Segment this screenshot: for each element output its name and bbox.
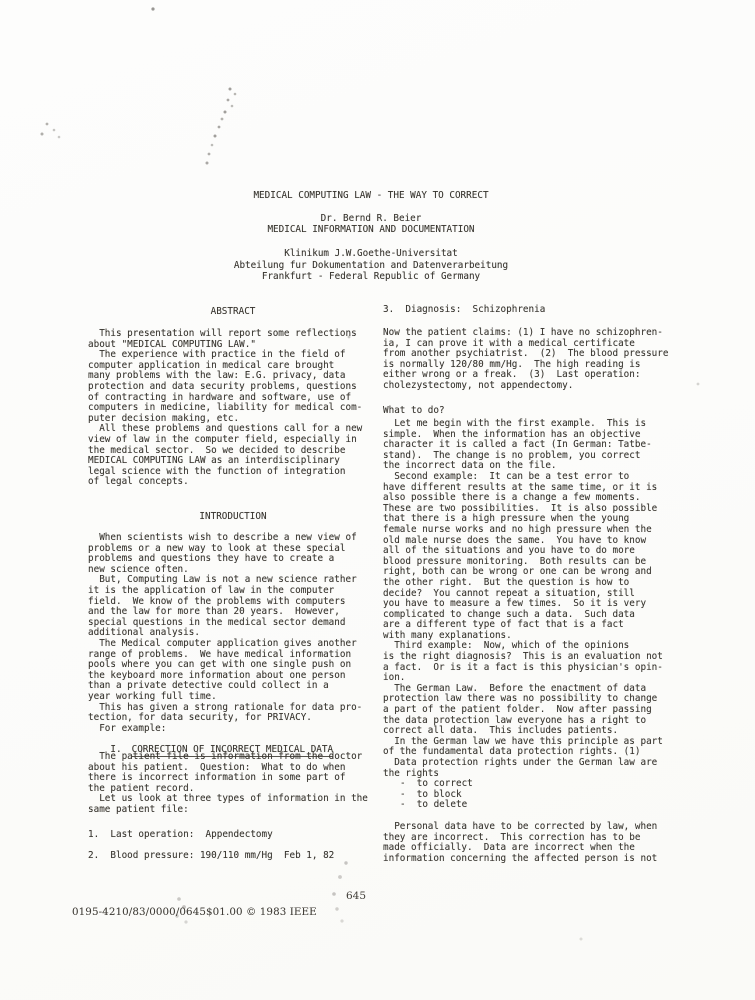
personal-data-text: Personal data have to be corrected by la… [383,822,657,864]
abstract-text: This presentation will report some refle… [88,329,362,488]
examples-text: Let me begin with the first example. Thi… [383,419,663,779]
numbered-item-2: 2. Blood pressure: 190/110 mm/Hg Feb 1, … [88,851,334,862]
data-protection-rights-list: - to correct - to block - to delete [400,779,473,811]
paper-title-line1: MEDICAL COMPUTING LAW - THE WAY TO CORRE… [0,190,742,201]
numbered-item-3: 3. Diagnosis: Schizophrenia [383,305,545,316]
author-name: Dr. Bernd R. Beier [0,214,742,225]
scan-artifacts [0,0,2,2]
abstract-heading: ABSTRACT [88,307,378,318]
numbered-item-1: 1. Last operation: Appendectomy [88,830,273,841]
copyright-notice: 0195-4210/83/0000/0645$01.00 © 1983 IEEE [72,906,317,918]
section-1-text: The patient file is information from the… [88,752,368,816]
paper-title-line2: MEDICAL INFORMATION AND DOCUMENTATION [0,224,742,235]
what-to-do-heading: What to do? [383,406,445,417]
introduction-heading: INTRODUCTION [88,512,378,523]
introduction-text: When scientists wish to describe a new v… [88,533,362,734]
page-number: 645 [346,890,366,902]
affiliation: Klinikum J.W.Goethe-Universitat Abteilun… [0,248,742,283]
scanned-paper-page: MEDICAL COMPUTING LAW - THE WAY TO CORRE… [0,0,755,1000]
patient-claims-text: Now the patient claims: (1) I have no sc… [383,328,668,392]
